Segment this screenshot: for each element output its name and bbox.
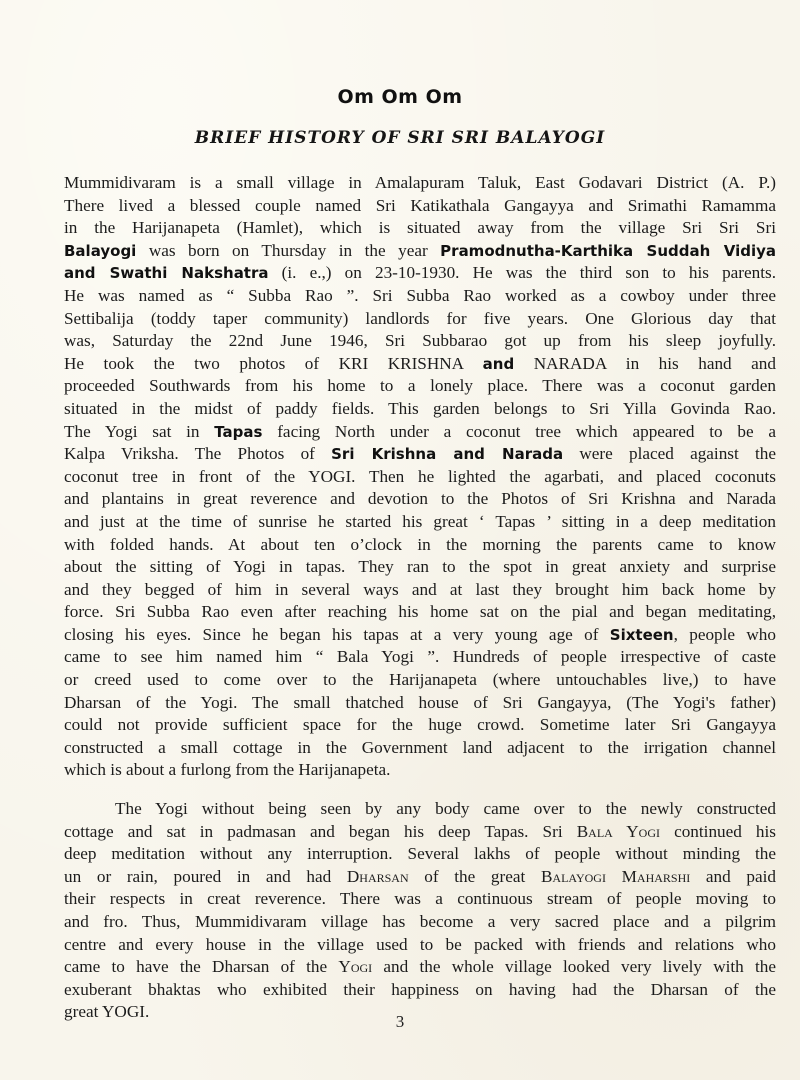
text-run: un or rain, poured in and had [64,867,347,886]
text-run: The Yogi without being seen by any body … [115,799,776,818]
text-line: situated in the midst of paddy fields. T… [64,398,776,421]
text-run: of the great [409,867,541,886]
text-run: and just at the time of sunrise he start… [64,512,776,531]
text-run: came to see him named him “ Bala Yogi ”.… [64,647,776,666]
text-run: constructed a small cottage in the Gover… [64,738,776,757]
text-run: facing North under a coconut tree which … [262,422,776,441]
text-run: and the whole village looked very lively… [372,957,776,976]
text-line: cottage and sat in padmasan and began hi… [64,821,776,844]
text-line: force. Sri Subba Rao even after reaching… [64,601,776,624]
history-body: Mummidivaram is a small village in Amala… [64,172,776,1024]
text-line: and they begged of him in several ways a… [64,579,776,602]
text-line: There lived a blessed couple named Sri K… [64,195,776,218]
text-line: came to have the Dharsan of the Yogi and… [64,956,776,979]
text-run: situated in the midst of paddy fields. T… [64,399,776,418]
text-line: coconut tree in front of the YOGI. Then … [64,466,776,489]
text-line: Mummidivaram is a small village in Amala… [64,172,776,195]
text-run: continued his [660,822,776,841]
emphasized-run: and Swathi Nakshatra [64,264,269,282]
emphasized-run: Sixteen [610,626,674,644]
text-line: which is about a furlong from the Harija… [64,759,776,782]
text-run: NARADA in his hand and [514,354,776,373]
text-run: proceeded Southwards from his home to a … [64,376,776,395]
text-line: The Yogi sat in Tapas facing North under… [64,421,776,444]
emphasized-run: Pramodnutha-Karthika Suddah Vidiya [440,242,776,260]
text-run: closing his eyes. Since he began his tap… [64,625,610,644]
text-line: closing his eyes. Since he began his tap… [64,624,776,647]
text-run: came to have the Dharsan of the [64,957,338,976]
text-run: He was named as “ Subba Rao ”. Sri Subba… [64,286,776,305]
text-run: in the Harijanapeta (Hamlet), which is s… [64,218,776,237]
text-run: and they begged of him in several ways a… [64,580,776,599]
text-line: proceeded Southwards from his home to a … [64,375,776,398]
text-run: He took the two photos of KRI KRISHNA [64,354,483,373]
text-line: came to see him named him “ Bala Yogi ”.… [64,646,776,669]
text-line: Kalpa Vriksha. The Photos of Sri Krishna… [64,443,776,466]
invocation-header: Om Om Om [0,86,800,108]
document-title: BRIEF HISTORY OF SRI SRI BALAYOGI [0,128,800,148]
text-run: centre and every house in the village us… [64,935,776,954]
emphasized-run: Yogi [338,957,372,976]
emphasized-run: Balayogi Maharshi [541,867,690,886]
page-number: 3 [0,1012,800,1032]
text-line: constructed a small cottage in the Gover… [64,737,776,760]
scanned-page: Om Om Om BRIEF HISTORY OF SRI SRI BALAYO… [0,0,800,1080]
text-run: The Yogi sat in [64,422,214,441]
text-run: which is about a furlong from the Harija… [64,760,390,779]
text-line: could not provide sufficient space for t… [64,714,776,737]
text-line: un or rain, poured in and had Dharsan of… [64,866,776,889]
text-line: He took the two photos of KRI KRISHNA an… [64,353,776,376]
text-run: Dharsan of the Yogi. The small thatched … [64,693,776,712]
text-line: exuberant bhaktas who exhibited their ha… [64,979,776,1002]
text-line: with folded hands. At about ten o’clock … [64,534,776,557]
text-run: with folded hands. At about ten o’clock … [64,535,776,554]
text-line: centre and every house in the village us… [64,934,776,957]
text-run: Kalpa Vriksha. The Photos of [64,444,331,463]
text-line: and fro. Thus, Mummidivaram village has … [64,911,776,934]
text-run: could not provide sufficient space for t… [64,715,776,734]
emphasized-run: Dharsan [347,867,409,886]
emphasized-run: Sri Krishna and Narada [331,445,563,463]
text-run: and fro. Thus, Mummidivaram village has … [64,912,776,931]
emphasized-run: Balayogi [64,242,136,260]
paragraph: The Yogi without being seen by any body … [64,798,776,1024]
text-line: was, Saturday the 22nd June 1946, Sri Su… [64,330,776,353]
text-run: deep meditation without any interruption… [64,844,776,863]
text-line: or creed used to come over to the Harija… [64,669,776,692]
text-run: , people who [674,625,776,644]
text-line: their respects in creat reverence. There… [64,888,776,911]
text-run: their respects in creat reverence. There… [64,889,776,908]
text-line: and just at the time of sunrise he start… [64,511,776,534]
text-run: force. Sri Subba Rao even after reaching… [64,602,776,621]
emphasized-run: Tapas [214,423,262,441]
text-run: about the sitting of Yogi in tapas. They… [64,557,776,576]
text-run: exuberant bhaktas who exhibited their ha… [64,980,776,999]
text-run: were placed against the [563,444,776,463]
text-line: Balayogi was born on Thursday in the yea… [64,240,776,263]
text-line: He was named as “ Subba Rao ”. Sri Subba… [64,285,776,308]
text-line: Settibalija (toddy taper community) land… [64,308,776,331]
text-run: was born on Thursday in the year [136,241,440,260]
text-line: deep meditation without any interruption… [64,843,776,866]
text-line: about the sitting of Yogi in tapas. They… [64,556,776,579]
text-run: and paid [690,867,776,886]
text-line: The Yogi without being seen by any body … [64,798,776,821]
text-run: There lived a blessed couple named Sri K… [64,196,776,215]
text-line: and Swathi Nakshatra (i. e.,) on 23-10-1… [64,262,776,285]
text-run: coconut tree in front of the YOGI. Then … [64,467,776,486]
text-run: or creed used to come over to the Harija… [64,670,776,689]
paragraph: Mummidivaram is a small village in Amala… [64,172,776,782]
text-line: Dharsan of the Yogi. The small thatched … [64,692,776,715]
text-run: Settibalija (toddy taper community) land… [64,309,776,328]
text-line: in the Harijanapeta (Hamlet), which is s… [64,217,776,240]
text-run: and plantains in great reverence and dev… [64,489,776,508]
text-run: cottage and sat in padmasan and began hi… [64,822,577,841]
text-run: (i. e.,) on 23-10-1930. He was the third… [269,263,777,282]
text-line: and plantains in great reverence and dev… [64,488,776,511]
emphasized-run: Bala Yogi [577,822,660,841]
emphasized-run: and [483,355,515,373]
text-run: was, Saturday the 22nd June 1946, Sri Su… [64,331,776,350]
text-run: Mummidivaram is a small village in Amala… [64,173,776,192]
